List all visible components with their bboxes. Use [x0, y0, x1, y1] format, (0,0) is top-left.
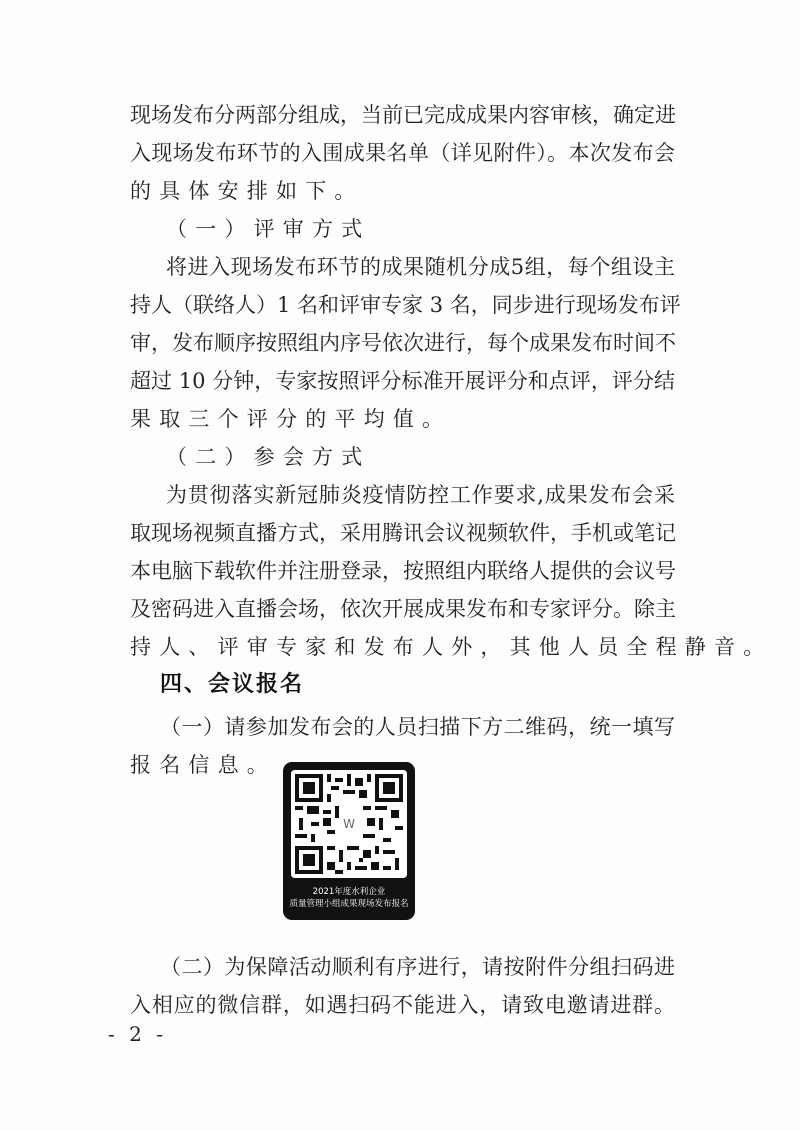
body-text-line: （二）为保障活动顺利有序进行，请按附件分组扫码进 [160, 952, 675, 982]
subsection-heading-review: （一）评审方式 [166, 214, 711, 244]
body-text-line: 现场发布分两部分组成，当前已完成成果内容审核，确定进 [130, 100, 675, 130]
subsection-heading-attend: （二）参会方式 [166, 442, 711, 472]
body-text-line: 将进入现场发布环节的成果随机分成5组，每个组设主 [166, 252, 675, 282]
document-page: 现场发布分两部分组成，当前已完成成果内容审核，确定进 入现场发布环节的入围成果名… [0, 0, 800, 1131]
qr-caption-title: 2021年度水利企业 [283, 887, 415, 898]
body-text-line: 入相应的微信群，如遇扫码不能进入，请致电邀请进群。 [130, 990, 675, 1020]
body-text-line: 超过 10 分钟，专家按照评分标准开展评分和点评，评分结 [130, 366, 675, 396]
section-heading-registration: 四、会议报名 [160, 670, 705, 700]
body-text-line: 及密码进入直播会场，依次开展成果发布和专家评分。除主 [130, 594, 675, 624]
body-text-line: 的具体安排如下。 [130, 176, 675, 206]
body-text-line: 为贯彻落实新冠肺炎疫情防控工作要求,成果发布会采 [166, 480, 675, 510]
body-text-line: 持人（联络人）1 名和评审专家 3 名，同步进行现场发布评 [130, 290, 675, 320]
body-text-line: 取现场视频直播方式，采用腾讯会议视频软件，手机或笔记 [130, 518, 675, 548]
qr-code-icon: W [291, 770, 407, 878]
body-text-line: 果取三个评分的平均值。 [130, 404, 675, 434]
registration-qr-code[interactable]: W 2021年度水利企业 质量管理小组成果现场发布报名 [283, 762, 415, 920]
body-text-line: 审，发布顺序按照组内序号依次进行，每个成果发布时间不 [130, 328, 675, 358]
body-text-line: 持人、评审专家和发布人外，其他人员全程静音。 [130, 632, 675, 662]
body-text-line: 入现场发布环节的入围成果名单（详见附件）。本次发布会 [130, 138, 675, 168]
body-text-line: （一）请参加发布会的人员扫描下方二维码，统一填写 [160, 712, 675, 742]
qr-caption-subtitle: 质量管理小组成果现场发布报名 [283, 899, 415, 910]
body-text-line: 本电脑下载软件并注册登录，按照组内联络人提供的会议号 [130, 556, 675, 586]
page-number: - 2 - [108, 1022, 167, 1046]
svg-text:W: W [343, 817, 355, 831]
